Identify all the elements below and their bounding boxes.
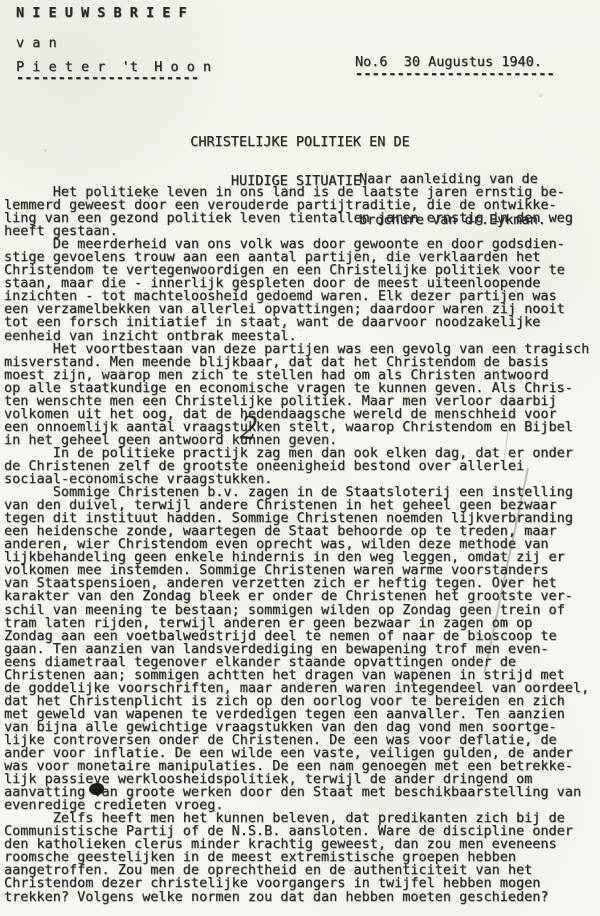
paragraph-4: In de politieke practijk zag men dan ook… xyxy=(4,447,598,486)
paragraph-6: Zelfs heeft men het kunnen beleven, dat … xyxy=(4,812,598,903)
paragraph-3: Het voortbestaan van deze partijen was e… xyxy=(4,343,598,447)
paragraph-1: Het politieke leven in ons land is de la… xyxy=(4,186,598,238)
masthead-van: v a n xyxy=(16,37,57,50)
issue-underline: ------------------------ xyxy=(355,68,555,81)
article-body: Het politieke leven in ons land is de la… xyxy=(4,186,598,904)
ink-blot xyxy=(89,783,104,795)
paragraph-5: Sommige Christenen b.v. zagen in de Staa… xyxy=(4,486,598,812)
handwritten-page-number: 2 xyxy=(239,411,259,444)
scanned-newsletter-page: N I E U W S B R I E F v a n P i e t e r … xyxy=(0,0,600,916)
scan-speckles xyxy=(0,0,1,1)
masthead-author-underline: ---------------------- xyxy=(16,72,199,85)
masthead-publication-name: N I E U W S B R I E F xyxy=(16,7,187,20)
paragraph-2: De meerderheid van ons volk was door gew… xyxy=(4,238,598,342)
